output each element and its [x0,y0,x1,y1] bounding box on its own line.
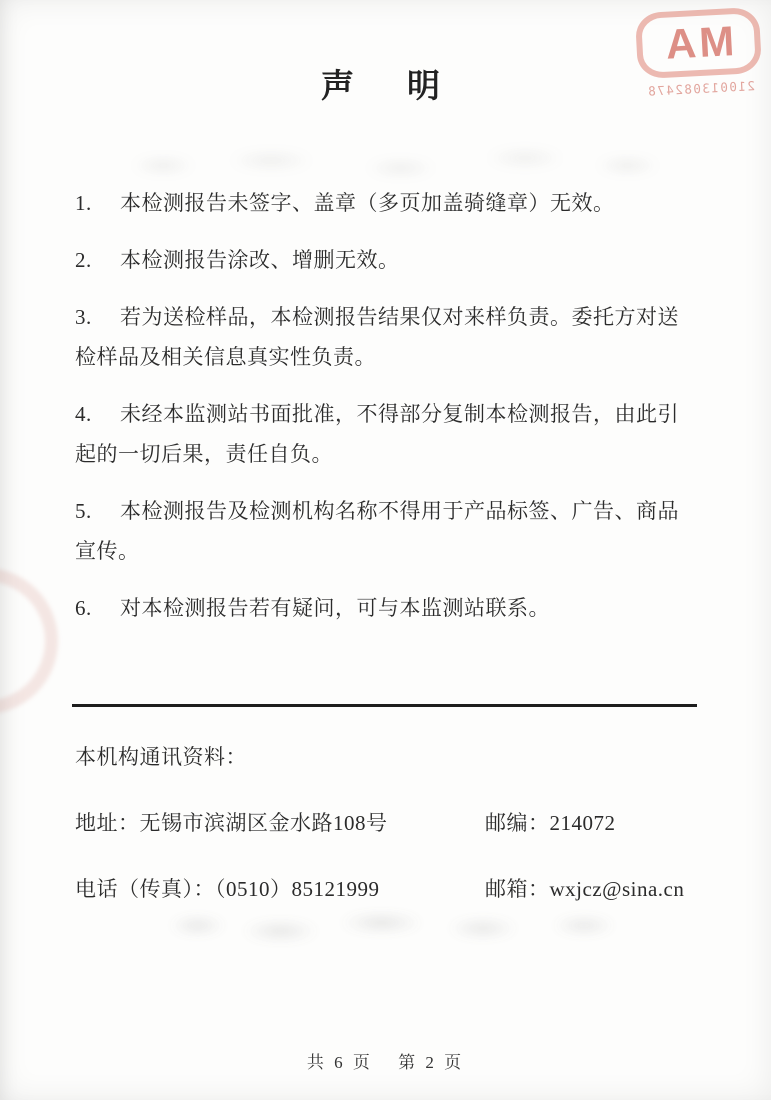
declaration-item-1: 1.本检测报告未签字、盖章（多页加盖骑缝章）无效。 [75,183,703,223]
item-number: 6. [75,588,120,628]
item-number: 4. [75,394,120,434]
item-text: 未经本监测站书面批准，不得部分复制本检测报告，由此引 [120,402,679,426]
phone-label: 电话（传真）： [75,877,215,901]
declaration-line-continued: 检样品及相关信息真实性负责。 [75,337,703,377]
contact-row-phone: 电话（传真）：（0510）85121999 邮箱：wxjcz@sina.cn [75,874,703,904]
declaration-item-2: 2.本检测报告涂改、增删无效。 [75,240,703,280]
phone-field: 电话（传真）：（0510）85121999 [75,877,380,901]
contact-row-address: 地址：无锡市滨湖区金水路108号 邮编：214072 [75,808,703,838]
contact-section: 本机构通讯资料： 地址：无锡市滨湖区金水路108号 邮编：214072 电话（传… [75,742,703,904]
page-title: 声 明 [0,60,771,107]
item-text: 若为送检样品，本检测报告结果仅对来样负责。委托方对送 [120,305,679,329]
declaration-line-continued: 起的一切后果，责任自负。 [75,434,703,474]
current-page: 第 2 页 [398,1053,464,1072]
declaration-line: 1.本检测报告未签字、盖章（多页加盖骑缝章）无效。 [75,183,703,223]
email-label: 邮箱： [485,877,550,901]
declaration-line: 2.本检测报告涂改、增删无效。 [75,240,703,280]
round-seal-bleed [0,568,58,714]
declaration-list: 1.本检测报告未签字、盖章（多页加盖骑缝章）无效。 2.本检测报告涂改、增删无效… [75,183,703,645]
section-divider [72,704,697,707]
declaration-item-4: 4.未经本监测站书面批准，不得部分复制本检测报告，由此引 起的一切后果，责任自负… [75,394,703,474]
document-page: MA 210013082478 声 明 1.本检测报告未签字、盖章（多页加盖骑缝… [0,0,771,1100]
declaration-line: 4.未经本监测站书面批准，不得部分复制本检测报告，由此引 [75,394,703,434]
ink-bleed-ghost-bottom [170,898,630,953]
declaration-item-5: 5.本检测报告及检测机构名称不得用于产品标签、广告、商品 宣传。 [75,491,703,571]
item-number: 2. [75,240,120,280]
item-number: 1. [75,183,120,223]
item-text: 本检测报告涂改、增删无效。 [120,248,400,272]
declaration-line: 5.本检测报告及检测机构名称不得用于产品标签、广告、商品 [75,491,703,531]
address-value: 无锡市滨湖区金水路108号 [140,811,388,835]
declaration-line-continued: 宣传。 [75,531,703,571]
postcode-value: 214072 [550,811,616,835]
page-footer: 共 6 页 第 2 页 [0,1048,771,1073]
item-number: 5. [75,491,120,531]
email-field: 邮箱：wxjcz@sina.cn [485,874,684,904]
declaration-line: 6.对本检测报告若有疑问，可与本监测站联系。 [75,588,703,628]
address-field: 地址：无锡市滨湖区金水路108号 [75,811,388,835]
phone-value: （0510）85121999 [215,877,380,901]
postcode-field: 邮编：214072 [485,808,616,838]
item-text: 本检测报告未签字、盖章（多页加盖骑缝章）无效。 [120,191,615,215]
contact-heading: 本机构通讯资料： [75,742,703,772]
item-number: 3. [75,297,120,337]
declaration-item-6: 6.对本检测报告若有疑问，可与本监测站联系。 [75,588,703,628]
declaration-item-3: 3.若为送检样品，本检测报告结果仅对来样负责。委托方对送 检样品及相关信息真实性… [75,297,703,377]
item-text: 对本检测报告若有疑问，可与本监测站联系。 [120,596,550,620]
total-pages: 共 6 页 [307,1053,373,1072]
postcode-label: 邮编： [485,811,550,835]
address-label: 地址： [75,811,140,835]
ink-bleed-ghost-top [120,138,660,188]
email-value: wxjcz@sina.cn [550,877,685,901]
declaration-line: 3.若为送检样品，本检测报告结果仅对来样负责。委托方对送 [75,297,703,337]
item-text: 本检测报告及检测机构名称不得用于产品标签、广告、商品 [120,499,679,523]
cma-stamp-letters: MA [662,20,735,66]
